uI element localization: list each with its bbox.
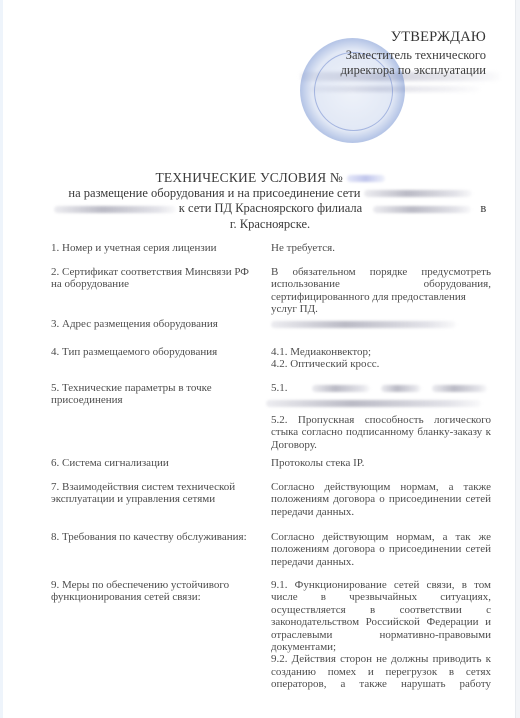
heading-line-4: г. Красноярске. [40, 217, 500, 233]
row-value: 4.1. Медиаконвектор; 4.2. Оптический кро… [271, 346, 491, 371]
redacted-address [271, 321, 456, 328]
word: В [271, 266, 278, 278]
value-rest: сертифицированного для предоставления ус… [271, 291, 491, 316]
row-label: 4. Тип размещаемого оборудования [51, 346, 251, 358]
row-label: 7. Взаимодействия систем технической экс… [51, 481, 251, 506]
heading-line-3-text: к сети ПД Красноярского филиала [179, 201, 362, 215]
word: обязательном [292, 266, 355, 278]
row-value: Вобязательномпорядкепредусмотреть исполь… [271, 266, 491, 316]
redacted-number [347, 175, 385, 182]
document-title: ТЕХНИЧЕСКИЕ УСЛОВИЯ № [40, 170, 500, 186]
approval-position-line2: директора по эксплуатации [341, 63, 486, 78]
heading-line-2-text: на размещение оборудования и на присоеди… [68, 186, 360, 200]
document-title-text: ТЕХНИЧЕСКИЕ УСЛОВИЯ № [155, 170, 343, 185]
page-right-edge [515, 0, 520, 718]
value-line: использованиеоборудования, [271, 278, 491, 290]
equipment-item: 4.1. Медиаконвектор; [271, 346, 491, 358]
redacted-branch-name [373, 206, 471, 213]
measure-9-2: 9.2. Действия сторон не должны приводить… [271, 653, 491, 690]
row-value: 9.1. Функционирование сетей связи, в том… [271, 579, 491, 691]
row-value [271, 318, 491, 330]
row-value: Протоколы стека IP. [271, 457, 491, 469]
row-label: 5. Технические параметры в точке присоед… [51, 382, 251, 407]
approval-title: УТВЕРЖДАЮ [341, 30, 486, 45]
heading-line-2: на размещение оборудования и на присоеди… [40, 186, 500, 202]
row-label: 1. Номер и учетная серия лицензии [51, 242, 251, 254]
row-label: 8. Требования по качеству обслуживания: [51, 531, 251, 543]
word: оборудования, [424, 278, 491, 290]
row-label: 3. Адрес размещения оборудования [51, 318, 251, 330]
heading-line-3-end: в [480, 201, 486, 215]
param-5-2: 5.2. Пропускная способность логического … [271, 414, 491, 451]
measure-9-1: 9.1. Функционирование сетей связи, в том… [271, 579, 491, 653]
word: предусмотреть [421, 266, 491, 278]
row-label: 6. Система сигнализации [51, 457, 251, 469]
heading-line-3: к сети ПД Красноярского филиала в [40, 201, 500, 217]
row-label: 9. Меры по обеспечению устойчивого функц… [51, 579, 251, 604]
redacted-param [312, 385, 370, 392]
redacted-network-name [364, 190, 472, 197]
word: порядке [370, 266, 408, 278]
redacted-param [381, 385, 421, 392]
equipment-item: 4.2. Оптический кросс. [271, 358, 491, 370]
page-left-margin [0, 0, 3, 718]
row-value: Согласно действующим нормам, а также пол… [271, 481, 491, 518]
approval-position-line1: Заместитель технического [341, 48, 486, 63]
approval-block: УТВЕРЖДАЮ Заместитель технического дирек… [341, 30, 486, 78]
row-value: 5.1. 5.2. Пропускная способность логичес… [271, 382, 491, 451]
redacted-param-line [266, 400, 481, 407]
row-value: Не требуется. [271, 242, 491, 254]
value-line: Вобязательномпорядкепредусмотреть [271, 266, 491, 278]
param-5-1-prefix: 5.1. [271, 382, 288, 394]
redacted-param [432, 385, 487, 392]
word: использование [271, 278, 340, 290]
row-label: 2. Сертификат соответствия Минсвязи РФ н… [51, 266, 251, 291]
redacted-network-name-cont [54, 206, 176, 213]
row-value: Согласно действующим нормам, а так же по… [271, 531, 491, 568]
param-5-1: 5.1. [271, 382, 491, 394]
document-heading: ТЕХНИЧЕСКИЕ УСЛОВИЯ № на размещение обор… [40, 170, 500, 232]
